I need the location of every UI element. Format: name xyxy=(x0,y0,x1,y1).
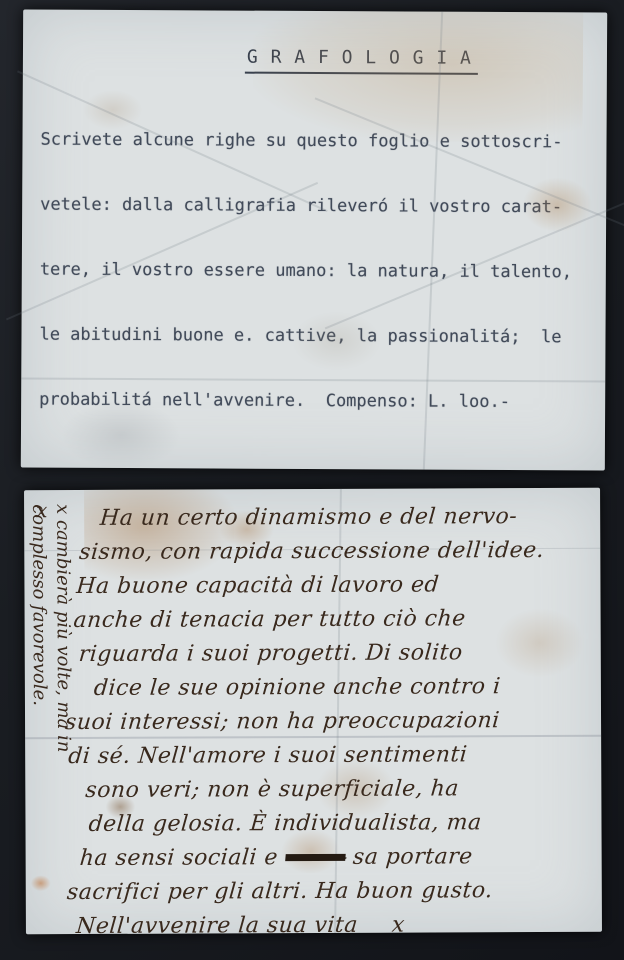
margin-annotation-line: complesso favorevole. xyxy=(26,504,52,924)
scribbled-out-word: ——— xyxy=(284,845,346,870)
handwritten-line-with-strikeout: ha sensi sociali e ——— sa portare xyxy=(52,840,591,876)
handwritten-analysis: Ha un certo dinamismo e del nervo- sismo… xyxy=(47,500,620,945)
handwritten-line: riguarda i suoi progetti. Di solito xyxy=(69,636,608,672)
typed-line: tere, il vostro essere umano: la natura,… xyxy=(40,257,606,287)
handwritten-line: sismo, con rapida successione dell'idee. xyxy=(78,534,617,570)
scanned-document: G R A F O L O G I A Scrivete alcune righ… xyxy=(0,0,624,960)
handwritten-line: sono veri; non è superficiale, ha xyxy=(58,772,597,808)
top-paper-sheet: G R A F O L O G I A Scrivete alcune righ… xyxy=(21,9,607,470)
typed-line: le abitudini buone e. cattive, la passio… xyxy=(39,322,605,352)
handwritten-line: di sé. Nell'amore i suoi sentimenti xyxy=(61,738,600,774)
handwritten-line: Ha un certo dinamismo e del nervo- xyxy=(81,500,620,536)
cross-reference-mark: x xyxy=(390,909,406,943)
bottom-paper-sheet: x x cambierà più volte, ma in complesso … xyxy=(24,488,602,935)
handwritten-line: sacrifici per gli altri. Ha buon gusto. xyxy=(50,874,589,910)
strike-after-text: sa portare xyxy=(344,844,473,870)
handwritten-line: Ha buone capacità di lavoro ed xyxy=(75,568,614,604)
handwritten-line: della gelosia. È individualista, ma xyxy=(55,806,594,842)
handwritten-line: dice le sue opinione anche contro i xyxy=(66,670,605,706)
typed-line: vetele: dalla calligrafia rileveró il vo… xyxy=(40,192,606,222)
typed-line: Scrivete alcune righe su questo foglio e… xyxy=(40,127,606,157)
handwritten-line: anche di tenacia per tutto ciò che xyxy=(72,602,611,638)
handwritten-line: Nell'avvenire la sua vitax xyxy=(47,908,586,944)
handwritten-line: suoi interessi; non ha preoccupazioni xyxy=(64,704,603,740)
strike-before-text: ha sensi sociali e xyxy=(79,845,287,871)
document-title: G R A F O L O G I A xyxy=(245,47,478,75)
handwritten-line-text: Nell'avvenire la sua vita xyxy=(75,913,359,939)
typed-paragraph: Scrivete alcune righe su questo foglio e… xyxy=(39,89,607,455)
typed-line: probabilitá nell'avvenire. Compenso: L. … xyxy=(39,387,605,417)
